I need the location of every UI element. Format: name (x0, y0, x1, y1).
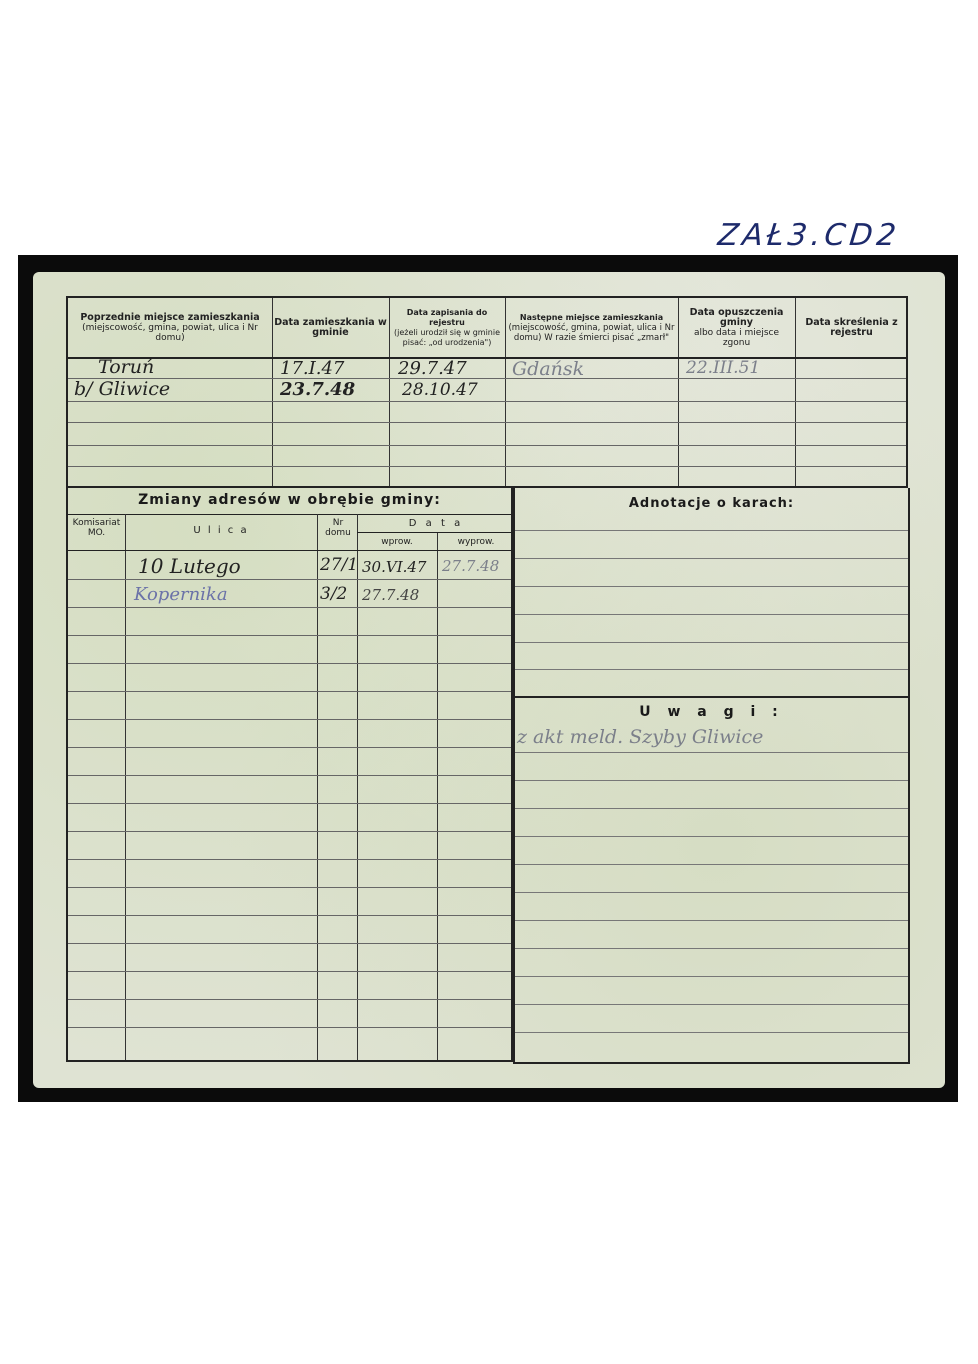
row-line (68, 422, 906, 423)
cell-nr-domu: 3/2 (320, 584, 347, 604)
header-data: D a t a (357, 519, 515, 529)
remarks-text: z akt meld. Szyby Gliwice (517, 726, 763, 748)
row-line (515, 780, 908, 781)
row-line (68, 747, 511, 748)
row-line (515, 892, 908, 893)
header-nr-domu: Nr domu (320, 518, 356, 538)
row-line (68, 401, 906, 402)
header-date-left: Data opuszczenia gminy albo data i miejs… (678, 298, 795, 358)
row-line (515, 1032, 908, 1033)
header-wprow: wprow. (357, 537, 437, 547)
remarks-title: U w a g i : (515, 704, 908, 720)
data-subheader-line (357, 532, 511, 533)
row-line (68, 1027, 511, 1028)
row-line (515, 752, 908, 753)
row-line (515, 864, 908, 865)
row-line (68, 466, 906, 467)
archive-stamp: ZAŁ3.CD2 (716, 218, 901, 253)
row-line (68, 887, 511, 888)
header-separator (68, 357, 906, 359)
row-line (515, 642, 908, 643)
row-line (515, 669, 908, 670)
cell-wprow: 30.VI.47 (362, 558, 426, 576)
cell-date-residence: 23.7.48 (280, 379, 355, 400)
row-line (515, 558, 908, 559)
residence-history-table: Poprzednie miejsce zamieszkania (miejsco… (66, 296, 908, 488)
row-line (68, 579, 511, 580)
cell-prev-residence: Toruń (98, 356, 154, 378)
column-divider (357, 514, 358, 1060)
cell-wyprow: 27.7.48 (442, 557, 499, 575)
header-date-registered: Data zapisania do rejestru (jeżeli urodz… (389, 298, 505, 358)
row-line (515, 836, 908, 837)
column-divider (125, 514, 126, 1060)
row-line (68, 943, 511, 944)
cell-nr-domu: 27/1 (320, 555, 358, 575)
row-line (515, 1004, 908, 1005)
cell-date-residence: 17.I.47 (280, 358, 344, 379)
annotations-panel: Adnotacje o karach: U w a g i : z akt me… (513, 488, 910, 1064)
header-date-residence: Data zamieszkania w gminie (272, 298, 389, 358)
row-line (68, 607, 511, 608)
row-line (68, 831, 511, 832)
address-changes-title: Zmiany adresów w obrębie gminy: (68, 492, 511, 508)
header-ulica: U l i c a (125, 526, 317, 536)
header-komisariat: Komisariat MO. (68, 518, 125, 538)
row-line (68, 775, 511, 776)
cell-prev-residence: b/ Gliwice (74, 378, 170, 400)
row-line (68, 719, 511, 720)
row-line (68, 999, 511, 1000)
row-line (515, 920, 908, 921)
row-line (68, 663, 511, 664)
row-line (68, 691, 511, 692)
cell-date-registered: 28.10.47 (402, 380, 478, 400)
header-prev-residence: Poprzednie miejsce zamieszkania (miejsco… (68, 298, 272, 358)
address-changes-table: Zmiany adresów w obrębie gminy: Komisari… (66, 488, 513, 1062)
cell-date-registered: 29.7.47 (398, 358, 467, 379)
cell-wprow: 27.7.48 (362, 586, 419, 604)
header-next-residence: Następne miejsce zamieszkania (miejscowo… (505, 298, 678, 358)
column-divider (317, 514, 318, 1060)
row-line (68, 971, 511, 972)
row-line (515, 530, 908, 531)
cell-ulica: 10 Lutego (138, 554, 241, 578)
column-divider (437, 532, 438, 1060)
row-line (68, 635, 511, 636)
row-line (515, 948, 908, 949)
cell-date-left: 22.III.51 (686, 358, 760, 378)
row-line (515, 586, 908, 587)
header-wyprow: wyprow. (437, 537, 515, 547)
row-line (68, 915, 511, 916)
section-divider (515, 696, 908, 698)
row-line (68, 445, 906, 446)
row-line (68, 803, 511, 804)
row-line (515, 614, 908, 615)
cell-next-residence: Gdańsk (512, 358, 584, 380)
penalties-title: Adnotacje o karach: (515, 496, 908, 511)
header-separator (68, 550, 511, 551)
header-date-struck: Data skreślenia z rejestru (795, 298, 908, 358)
row-line (515, 976, 908, 977)
cell-ulica: Kopernika (134, 584, 228, 605)
title-separator (68, 514, 511, 515)
row-line (68, 859, 511, 860)
row-line (515, 808, 908, 809)
row-line (68, 378, 906, 379)
